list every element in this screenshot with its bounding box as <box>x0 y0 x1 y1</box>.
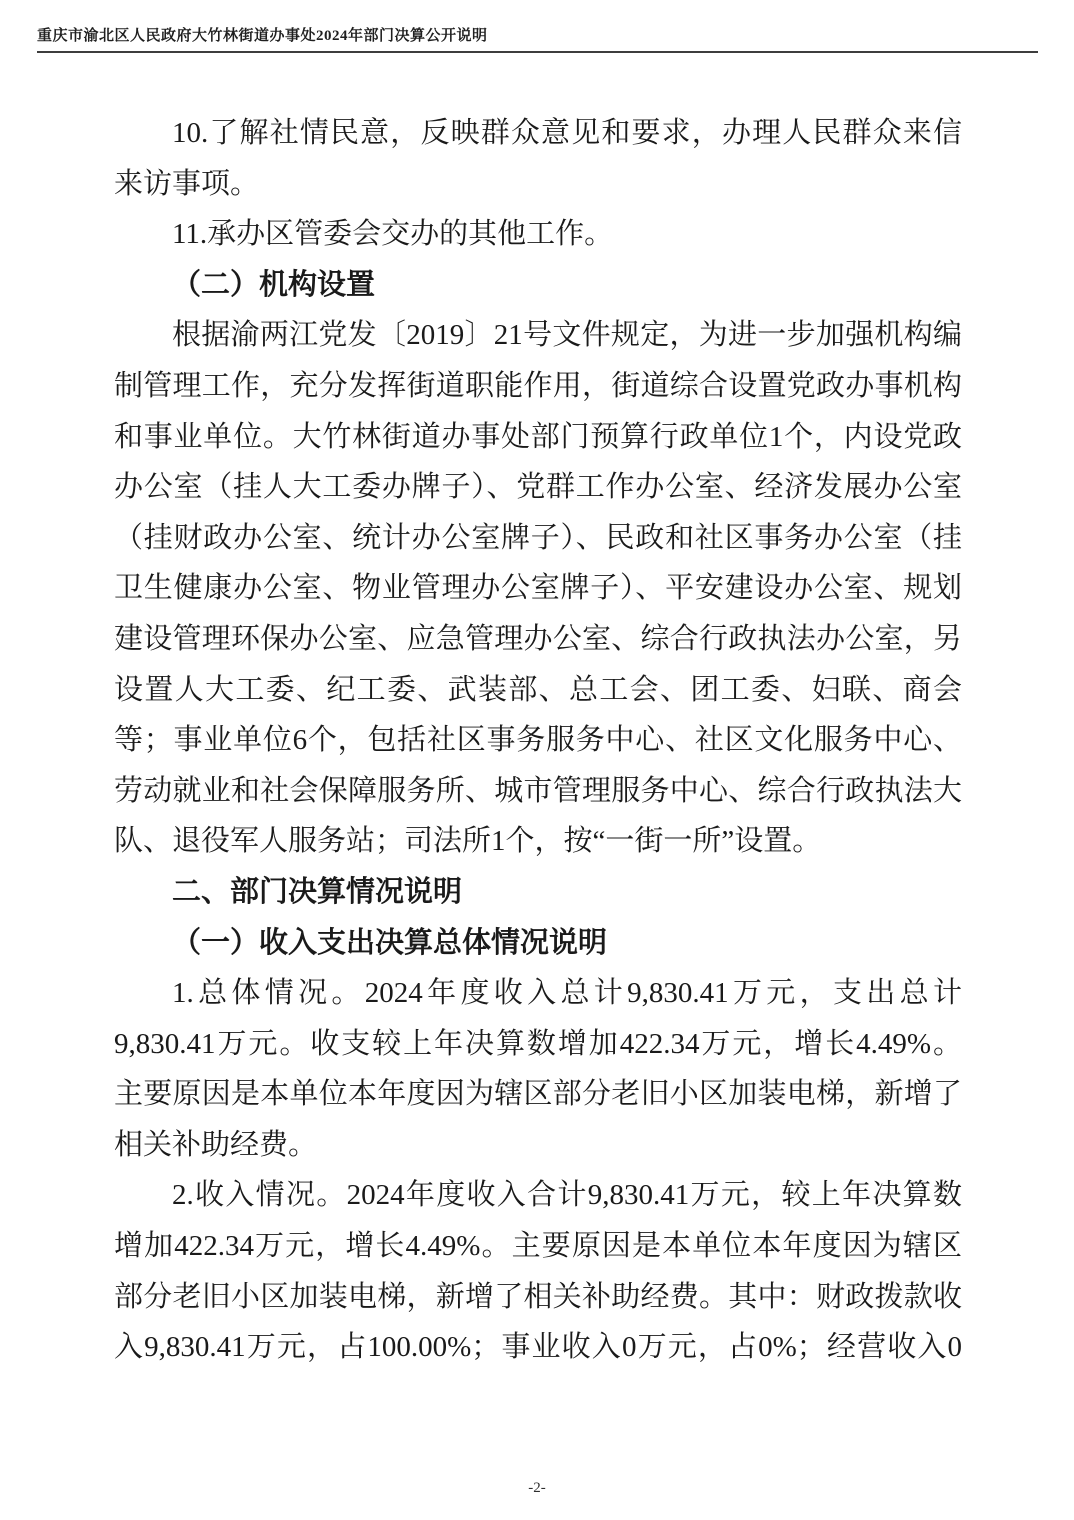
para-overall-situation-line: 主要原因是本单位本年度因为辖区部分老旧小区加装电梯，新增了 <box>114 1069 962 1120</box>
page-header: 重庆市渝北区人民政府大竹林街道办事处2024年部门决算公开说明 <box>37 27 1038 53</box>
para-org-setup-line: 等；事业单位6个，包括社区事务服务中心、社区文化服务中心、 <box>114 715 962 766</box>
para-org-setup-line: 制管理工作，充分发挥街道职能作用，街道综合设置党政办事机构 <box>114 361 962 412</box>
para-org-setup-line: 和事业单位。大竹林街道办事处部门预算行政单位1个，内设党政 <box>114 412 962 463</box>
para-org-setup-line: 建设管理环保办公室、应急管理办公室、综合行政执法办公室，另 <box>114 614 962 665</box>
para-org-setup-line: 劳动就业和社会保障服务所、城市管理服务中心、综合行政执法大 <box>114 766 962 817</box>
para-overall-situation-line: 9,830.41万元。收支较上年决算数增加422.34万元，增长4.49%。 <box>114 1019 962 1070</box>
document-body: 10.了解社情民意，反映群众意见和要求，办理人民群众来信来访事项。11.承办区管… <box>114 108 962 1373</box>
para-overall-situation-line: 相关补助经费。 <box>114 1120 962 1171</box>
para-overall-situation-line: 1.总体情况。2024年度收入总计9,830.41万元，支出总计 <box>114 968 962 1019</box>
document-page: 重庆市渝北区人民政府大竹林街道办事处2024年部门决算公开说明 10.了解社情民… <box>0 0 1074 1520</box>
heading-org-setup-line: （二）机构设置 <box>114 260 962 311</box>
page-footer: -2- <box>0 1480 1074 1497</box>
para-org-setup-line: 设置人大工委、纪工委、武装部、总工会、团工委、妇联、商会 <box>114 665 962 716</box>
para-income-situation-line: 2.收入情况。2024年度收入合计9,830.41万元，较上年决算数 <box>114 1170 962 1221</box>
heading-final-accounts-line: 二、部门决算情况说明 <box>114 867 962 918</box>
heading-overall-income-expense-line: （一）收入支出决算总体情况说明 <box>114 918 962 969</box>
para-org-setup-line: 根据渝两江党发〔2019〕21号文件规定，为进一步加强机构编 <box>114 310 962 361</box>
page-number: -2- <box>528 1480 546 1496</box>
para-org-setup-line: 办公室（挂人大工委办牌子）、党群工作办公室、经济发展办公室 <box>114 462 962 513</box>
para-income-situation-line: 部分老旧小区加装电梯，新增了相关补助经费。其中：财政拨款收 <box>114 1272 962 1323</box>
para-duty-10-line: 10.了解社情民意，反映群众意见和要求，办理人民群众来信 <box>114 108 962 159</box>
para-duty-11-line: 11.承办区管委会交办的其他工作。 <box>114 209 962 260</box>
para-income-situation-line: 入9,830.41万元，占100.00%；事业收入0万元，占0%；经营收入0 <box>114 1322 962 1373</box>
header-title: 重庆市渝北区人民政府大竹林街道办事处2024年部门决算公开说明 <box>37 27 1038 45</box>
para-org-setup-line: 队、退役军人服务站；司法所1个，按“一街一所”设置。 <box>114 816 962 867</box>
para-org-setup-line: （挂财政办公室、统计办公室牌子）、民政和社区事务办公室（挂 <box>114 513 962 564</box>
para-income-situation-line: 增加422.34万元，增长4.49%。主要原因是本单位本年度因为辖区 <box>114 1221 962 1272</box>
para-duty-10-line: 来访事项。 <box>114 159 962 210</box>
para-org-setup-line: 卫生健康办公室、物业管理办公室牌子）、平安建设办公室、规划 <box>114 563 962 614</box>
